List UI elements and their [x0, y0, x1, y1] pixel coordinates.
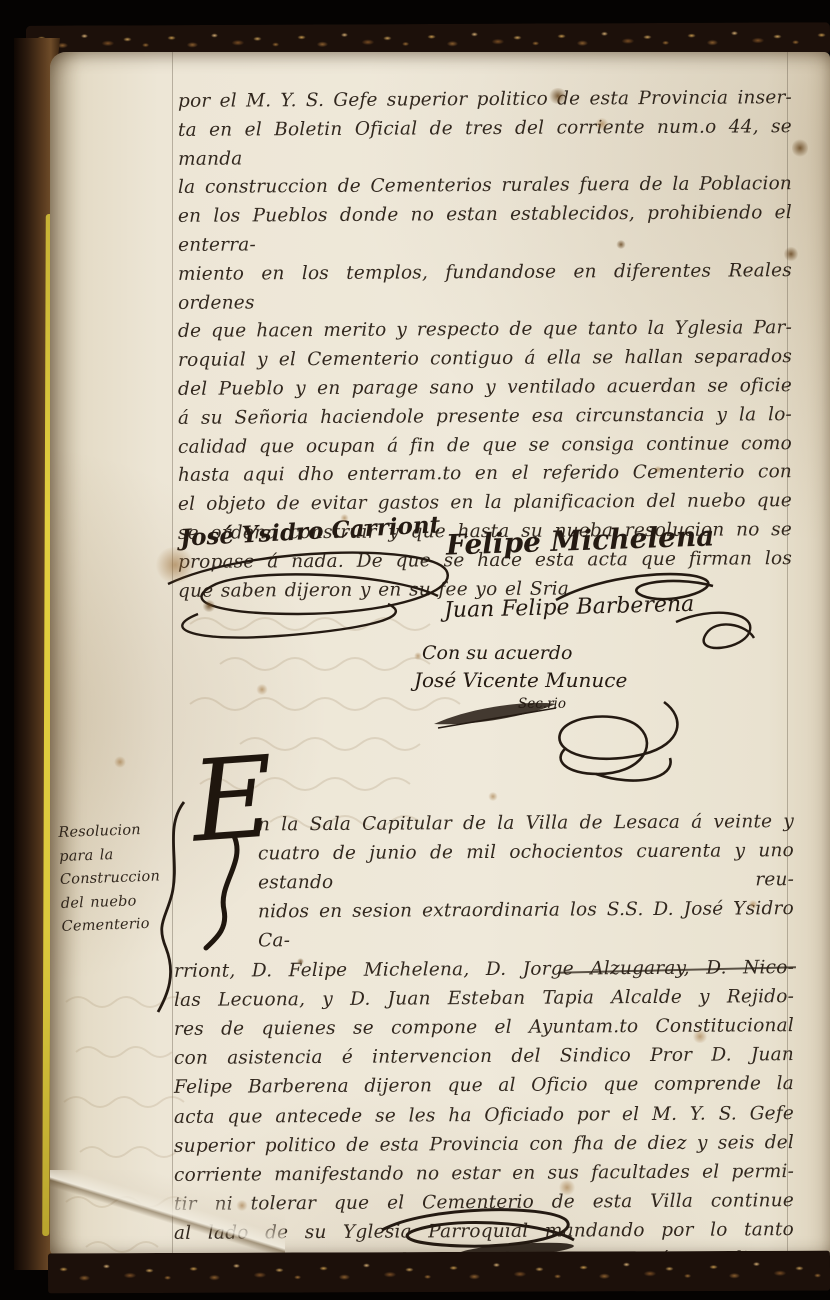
signature-jose-vicente: José Vicente Munuce: [414, 668, 627, 692]
foxing-spot: [154, 547, 196, 583]
text-line: por el M. Y. S. Gefe superior politico d…: [178, 84, 792, 117]
foxing-spot: [414, 652, 422, 660]
foxing-spot: [616, 240, 626, 249]
foxing-spot: [792, 138, 808, 158]
rubric-spiral-flourish: [536, 696, 696, 792]
foxing-spot: [236, 1200, 248, 1211]
approval-note: Con su acuerdo: [422, 642, 572, 664]
text-line: calidad que ocupan á fin de que se consi…: [178, 430, 792, 463]
text-line: hasta aqui dho enterram.to en el referid…: [178, 458, 792, 491]
foxing-spot: [748, 900, 758, 909]
foxing-spot: [595, 118, 609, 130]
manuscript-page: por el M. Y. S. Gefe superior politico d…: [50, 52, 830, 1258]
text-line: de que hacen merito y respecto de que ta…: [178, 314, 792, 347]
text-line: ta en el Boletin Oficial de tres del cor…: [178, 113, 792, 174]
page-corner-fold: [50, 1170, 285, 1262]
text-line: en los Pueblos donde no estan establecid…: [178, 199, 792, 260]
foxing-spot: [784, 246, 798, 262]
text-line: superior politico de esta Provincia con …: [174, 1128, 794, 1161]
foxing-spot: [114, 756, 126, 768]
foxing-spot: [340, 514, 349, 522]
signature-flourish-barberena: [662, 604, 767, 664]
text-line: á su Señoria haciendole presente esa cir…: [178, 401, 792, 434]
foxing-spot: [202, 600, 216, 612]
text-line: las Lecuona, y D. Juan Esteban Tapia Alc…: [174, 982, 794, 1015]
foxing-spot: [488, 792, 498, 801]
text-line: roquial y el Cementerio contiguo á ella …: [178, 343, 792, 376]
book-photo-scene: por el M. Y. S. Gefe superior politico d…: [0, 0, 830, 1300]
text-line: miento en los templos, fundandose en dif…: [178, 257, 792, 318]
text-line: con asistencia é intervencion del Sindic…: [174, 1040, 794, 1073]
text-line: nidos en sesion extraordinaria los S.S. …: [174, 895, 794, 957]
foxing-spot: [256, 684, 268, 695]
text-line: cuatro de junio de mil ochocientos cuare…: [174, 836, 794, 898]
text-line: la construccion de Cementerios rurales f…: [178, 171, 792, 204]
foxing-spot: [297, 958, 304, 965]
text-line: el objeto de evitar gastos en la planifi…: [178, 487, 792, 520]
text-line: n la Sala Capitular de la Villa de Lesac…: [174, 807, 794, 840]
text-line: Felipe Barberena dijeron que al Oficio q…: [174, 1070, 794, 1103]
text-line: acta que antecede se les ha Oficiado por…: [174, 1099, 794, 1132]
foxing-spot: [654, 466, 662, 473]
book-cover-bottom-edge: [48, 1251, 830, 1294]
foxing-spot: [558, 1180, 576, 1195]
signature-juan-felipe-barberena: Juan Felipe Barberena: [444, 592, 695, 624]
text-line: del Pueblo y en parage sano y ventilado …: [178, 372, 792, 405]
foxing-spot: [548, 88, 568, 104]
foxing-spot: [692, 1030, 708, 1043]
